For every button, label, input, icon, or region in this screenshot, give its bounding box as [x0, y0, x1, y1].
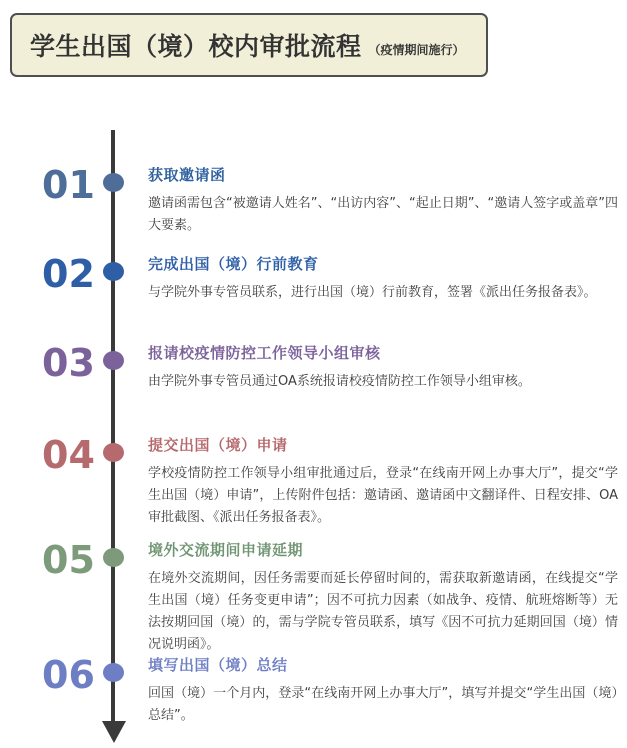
step-content: 获取邀请函 邀请函需包含“被邀请人姓名”、“出访内容”、“起止日期”、“邀请人签…: [148, 164, 618, 237]
timeline-dot-icon: [103, 173, 124, 192]
step-body: 与学院外事专管员联系，进行出国（境）行前教育，签署《派出任务报备表》。: [148, 282, 618, 304]
arrow-down-icon: [102, 721, 126, 743]
step-body: 邀请函需包含“被邀请人姓名”、“出访内容”、“起止日期”、“邀请人签字或盖章”四…: [148, 193, 618, 237]
timeline-dot-icon: [103, 262, 124, 281]
step-content: 完成出国（境）行前教育 与学院外事专管员联系，进行出国（境）行前教育，签署《派出…: [148, 253, 618, 304]
step-title: 完成出国（境）行前教育: [148, 253, 618, 274]
step-title: 报请校疫情防控工作领导小组审核: [148, 342, 618, 363]
step-title: 获取邀请函: [148, 164, 618, 185]
title-banner: 学生出国（境）校内审批流程 （疫情期间施行）: [10, 13, 488, 77]
step-content: 填写出国（境）总结 回国（境）一个月内，登录“在线南开网上办事大厅”，填写并提交…: [148, 654, 618, 727]
flowchart-page: 学生出国（境）校内审批流程 （疫情期间施行） 01 获取邀请函 邀请函需包含“被…: [0, 0, 627, 748]
timeline-dot-icon: [103, 443, 124, 462]
timeline-dot-icon: [103, 351, 124, 370]
timeline-dot-icon: [103, 663, 124, 682]
timeline-dot-icon: [103, 548, 124, 567]
step-body: 在境外交流期间，因任务需要而延长停留时间的，需获取新邀请函，在线提交“学生出国（…: [148, 568, 618, 656]
step-number: 02: [42, 255, 95, 293]
timeline-line: [111, 130, 115, 723]
page-subtitle: （疫情期间施行）: [369, 41, 465, 58]
step-body: 由学院外事专管员通过OA系统报请校疫情防控工作领导小组审核。: [148, 371, 618, 393]
step-body: 学校疫情防控工作领导小组审批通过后，登录“在线南开网上办事大厅”，提交“学生出国…: [148, 463, 618, 529]
step-title: 提交出国（境）申请: [148, 434, 618, 455]
step-number: 05: [42, 541, 95, 579]
step-content: 报请校疫情防控工作领导小组审核 由学院外事专管员通过OA系统报请校疫情防控工作领…: [148, 342, 618, 393]
step-body: 回国（境）一个月内，登录“在线南开网上办事大厅”，填写并提交“学生出国（境）总结…: [148, 683, 618, 727]
step-content: 境外交流期间申请延期 在境外交流期间，因任务需要而延长停留时间的，需获取新邀请函…: [148, 539, 618, 656]
step-title: 境外交流期间申请延期: [148, 539, 618, 560]
step-content: 提交出国（境）申请 学校疫情防控工作领导小组审批通过后，登录“在线南开网上办事大…: [148, 434, 618, 529]
page-title: 学生出国（境）校内审批流程: [30, 27, 362, 63]
step-number: 06: [42, 656, 95, 694]
step-number: 03: [42, 344, 95, 382]
step-number: 04: [42, 436, 95, 474]
step-number: 01: [42, 166, 95, 204]
step-title: 填写出国（境）总结: [148, 654, 618, 675]
